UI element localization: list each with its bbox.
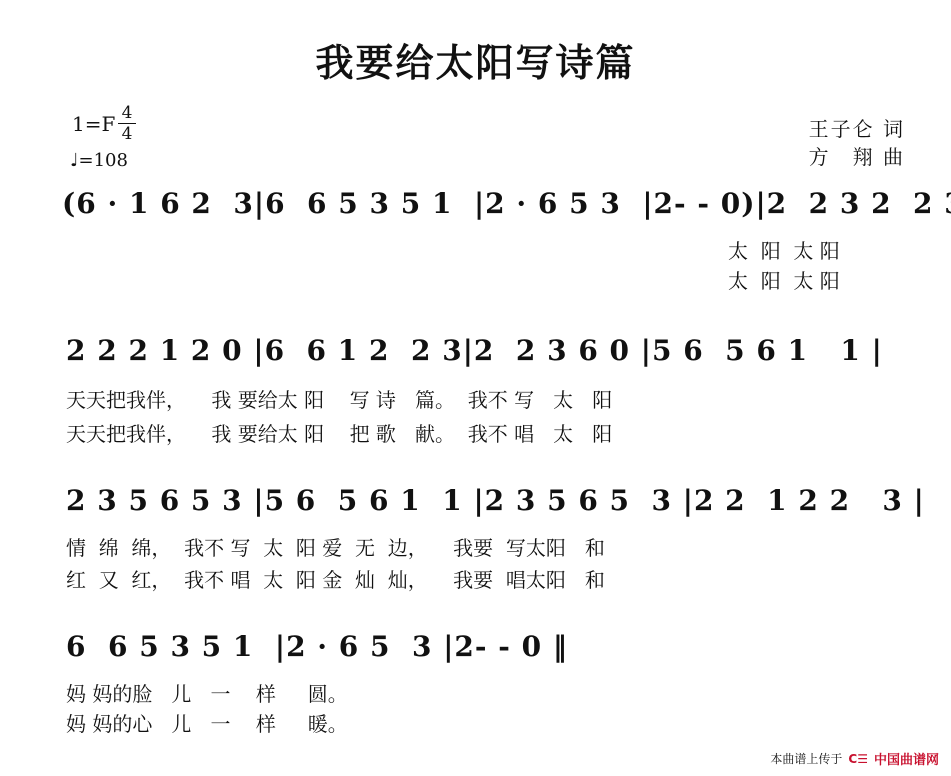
composer: 方 翔 曲 [809, 143, 905, 171]
lyric-verse-2: 天天把我伴， 我 要给太 阳 把 歌 献。 我不 唱 太 阳 [66, 418, 612, 447]
site-name-link[interactable]: 中国曲谱网 [874, 749, 939, 768]
footer: 本曲谱上传于 C☰ 中国曲谱网 [770, 749, 939, 768]
tempo-marking: ♩=108 [70, 150, 128, 171]
notation-line: 6 6 5 3 5 1 |2 · 6 5 3 |2- - 0 ‖ [66, 630, 568, 663]
upload-text: 本曲谱上传于 [770, 750, 842, 767]
lyric-verse-1: 妈 妈的脸 儿 一 样 圆。 [66, 678, 348, 707]
time-signature-bottom: 4 [118, 125, 136, 143]
lyric-verse-2: 红 又 红， 我不 唱 太 阳 金 灿 灿， 我要 唱太阳 和 [66, 564, 605, 593]
credits: 王子仑 词 方 翔 曲 [809, 115, 905, 171]
site-logo-icon: C☰ [848, 752, 868, 766]
lyric-verse-1: 太 阳 太 阳 [728, 235, 840, 264]
lyric-verse-2: 妈 妈的心 儿 一 样 暖。 [66, 708, 348, 737]
notation-line: (6 · 1 6 2 3|6 6 5 3 5 1 |2 · 6 5 3 |2- … [62, 187, 951, 220]
lyric-verse-1: 情 绵 绵， 我不 写 太 阳 爱 无 边， 我要 写太阳 和 [66, 532, 605, 561]
lyricist: 王子仑 词 [809, 115, 905, 143]
key-signature: 1=F [72, 112, 115, 136]
notation-line: 2 3 5 6 5 3 |5 6 5 6 1 1 |2 3 5 6 5 3 |2… [66, 484, 925, 517]
notation-line: 2 2 2 1 2 0 |6 6 1 2 2 3|2 2 3 6 0 |5 6 … [66, 334, 883, 367]
time-signature-top: 4 [118, 104, 136, 122]
time-signature: 4 4 [118, 104, 136, 143]
lyric-verse-2: 太 阳 太 阳 [728, 265, 840, 294]
lyric-verse-1: 天天把我伴， 我 要给太 阳 写 诗 篇。 我不 写 太 阳 [66, 384, 612, 413]
song-title: 我要给太阳写诗篇 [0, 32, 951, 87]
